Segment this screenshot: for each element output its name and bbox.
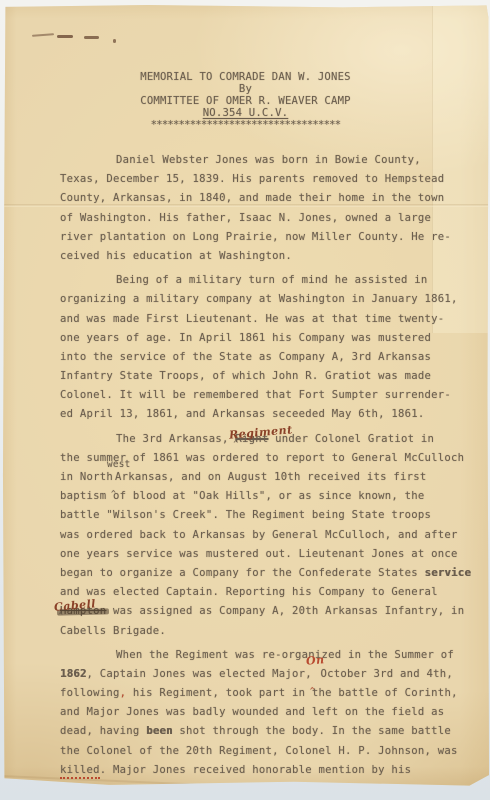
caret-mark: ^ (233, 440, 238, 448)
typed-text: and was made First Lieutenant. He was at… (60, 313, 444, 325)
typed-line: dead, having been shot through the body.… (60, 722, 464, 741)
typed-text: Being of a military turn of mind he assi… (116, 274, 428, 286)
typed-line: in Northwest^Arkansas, and on August 10t… (60, 468, 464, 487)
overtyped-text: service (425, 567, 471, 579)
typed-text: ed April 13, 1861, and Arkansas seceeded… (60, 408, 425, 420)
typed-text: County, Arkansas, in 1840, and made thei… (60, 192, 444, 204)
typed-text: one years service was mustered out. Lieu… (60, 548, 458, 560)
typed-text: his Regiment, took part in the battle of… (126, 687, 457, 699)
typed-line: battle "Wilson's Creek". The Regiment be… (60, 506, 464, 525)
typed-line: ceived his education at Washington. (60, 247, 464, 266)
typed-line: was ordered back to Arkansas by General … (60, 526, 464, 545)
overtyped-text: been (146, 725, 173, 737)
typed-line: and was made First Lieutenant. He was at… (60, 310, 464, 329)
typed-line: organizing a military company at Washing… (60, 290, 464, 309)
paragraph: The 3rd Arkansas, RightRegiment^ under C… (60, 430, 464, 641)
typed-text: into the service of the State as Company… (60, 351, 431, 363)
red-underlined-word: killed (60, 764, 100, 779)
typed-line: The 3rd Arkansas, RightRegiment^ under C… (60, 430, 464, 449)
typed-text: dead, having (60, 725, 146, 737)
typed-line: Infantry State Troops, of which John R. … (60, 367, 464, 386)
typed-text: battle "Wilson's Creek". The Regiment be… (60, 509, 431, 521)
typed-line: following, his Regiment, took part in th… (60, 684, 464, 703)
typed-text: Colonel. It will be remembered that Fort… (60, 389, 451, 401)
typed-text: and was elected Captain. Reporting his C… (60, 586, 438, 598)
typed-text: following (60, 687, 120, 699)
typed-text: was ordered back to Arkansas by General … (60, 529, 458, 541)
caret-mark: ^ (111, 490, 116, 498)
document-body: Daniel Webster Jones was born in Bowie C… (60, 151, 464, 780)
typed-text: river plantation on Long Prairie, now Mi… (60, 231, 451, 243)
caret-mark: ^ (58, 612, 63, 620)
typed-line: one years service was mustered out. Lieu… (60, 545, 464, 564)
typed-line: Texas, December 15, 1839. His parents re… (60, 170, 464, 189)
typed-line: HamptonCabell^ was assigned as Company A… (60, 602, 464, 621)
typed-text: The 3rd Arkansas, (116, 433, 235, 445)
typed-line: County, Arkansas, in 1840, and made thei… (60, 189, 464, 208)
typed-line: of Washington. His father, Isaac N. Jone… (60, 209, 464, 228)
staple-mark (57, 35, 73, 38)
staple-mark (84, 36, 99, 39)
typed-text: . Major Jones received honorable mention… (100, 764, 412, 776)
staple-mark (113, 39, 116, 43)
typed-text: Daniel Webster Jones was born in Bowie C… (116, 154, 421, 166)
typed-line: ed April 13, 1861, and Arkansas seceeded… (60, 405, 464, 424)
typed-line: Being of a military turn of mind he assi… (60, 271, 464, 290)
paragraph: Daniel Webster Jones was born in Bowie C… (60, 151, 464, 266)
typed-line: Daniel Webster Jones was born in Bowie C… (60, 151, 464, 170)
typed-line: and Major Jones was badly wounded and le… (60, 703, 464, 722)
caret-mark: ^ (310, 687, 315, 695)
typed-line: and was elected Captain. Reporting his C… (60, 583, 464, 602)
typed-line: Colonel. It will be remembered that Fort… (60, 386, 464, 405)
typed-text: ceived his education at Washington. (60, 250, 292, 262)
typed-text: organizing a military company at Washing… (60, 293, 458, 305)
typed-line: When the Regiment was re-organized in th… (60, 646, 464, 665)
typed-text: the Colonel of the 20th Regiment, Colone… (60, 745, 458, 757)
typed-text: began to organize a Company for the Conf… (60, 567, 425, 579)
staple-mark (32, 33, 54, 37)
typed-text: Arkansas, and on August 10th received it… (115, 471, 427, 483)
typed-insert: west (107, 460, 130, 469)
typed-text: was assigned as Company A, 20th Arkansas… (106, 605, 464, 617)
document-page: MEMORIAL TO COMRADE DAN W. JONES By COMM… (2, 3, 489, 790)
typed-line: river plantation on Long Prairie, now Mi… (60, 228, 464, 247)
handwritten-word: On (305, 654, 324, 667)
typed-text: Cabells Brigade. (60, 625, 166, 637)
typed-line: into the service of the State as Company… (60, 348, 464, 367)
document-title-line3: COMMITTEE OF OMER R. WEAVER CAMP (2, 96, 489, 108)
typed-line: Cabells Brigade. (60, 622, 464, 641)
typed-text: shot through the body. In the same battl… (173, 725, 451, 737)
typed-text: of Washington. His father, Isaac N. Jone… (60, 212, 431, 224)
typed-text: Texas, December 15, 1839. His parents re… (60, 173, 444, 185)
paragraph: When the Regiment was re-organized in th… (60, 646, 464, 780)
typed-line: killed. Major Jones received honorable m… (60, 761, 464, 780)
insertion-point: RightRegiment^ (235, 430, 268, 449)
asterisk-divider: ********************************** (2, 120, 489, 132)
typed-text: October 3rd and 4th, (314, 668, 453, 680)
typed-text: , Captain Jones was elected Major, (87, 668, 312, 680)
overtyped-text: 1862 (60, 668, 87, 680)
paragraph: Being of a military turn of mind he assi… (60, 271, 464, 425)
typed-line: one years of age. In April 1861 his Comp… (60, 329, 464, 348)
typed-text: in North (60, 471, 113, 483)
typed-line: began to organize a Company for the Conf… (60, 564, 464, 583)
document-header: MEMORIAL TO COMRADE DAN W. JONES By COMM… (2, 72, 489, 132)
typed-text: and Major Jones was badly wounded and le… (60, 706, 444, 718)
typed-line: 1862, Captain Jones was elected Major,On… (60, 665, 464, 684)
typed-text: Infantry State Troops, of which John R. … (60, 370, 431, 382)
document-title-line4: NO.354 U.C.V. (2, 108, 489, 120)
typed-line: the Colonel of the 20th Regiment, Colone… (60, 742, 464, 761)
insertion-point: HamptonCabell^ (60, 602, 106, 621)
typed-text: one years of age. In April 1861 his Comp… (60, 332, 431, 344)
typed-text: When the Regiment was re-organized in th… (116, 649, 454, 661)
typed-line: baptism of blood at "Oak Hills", or as s… (60, 487, 464, 506)
